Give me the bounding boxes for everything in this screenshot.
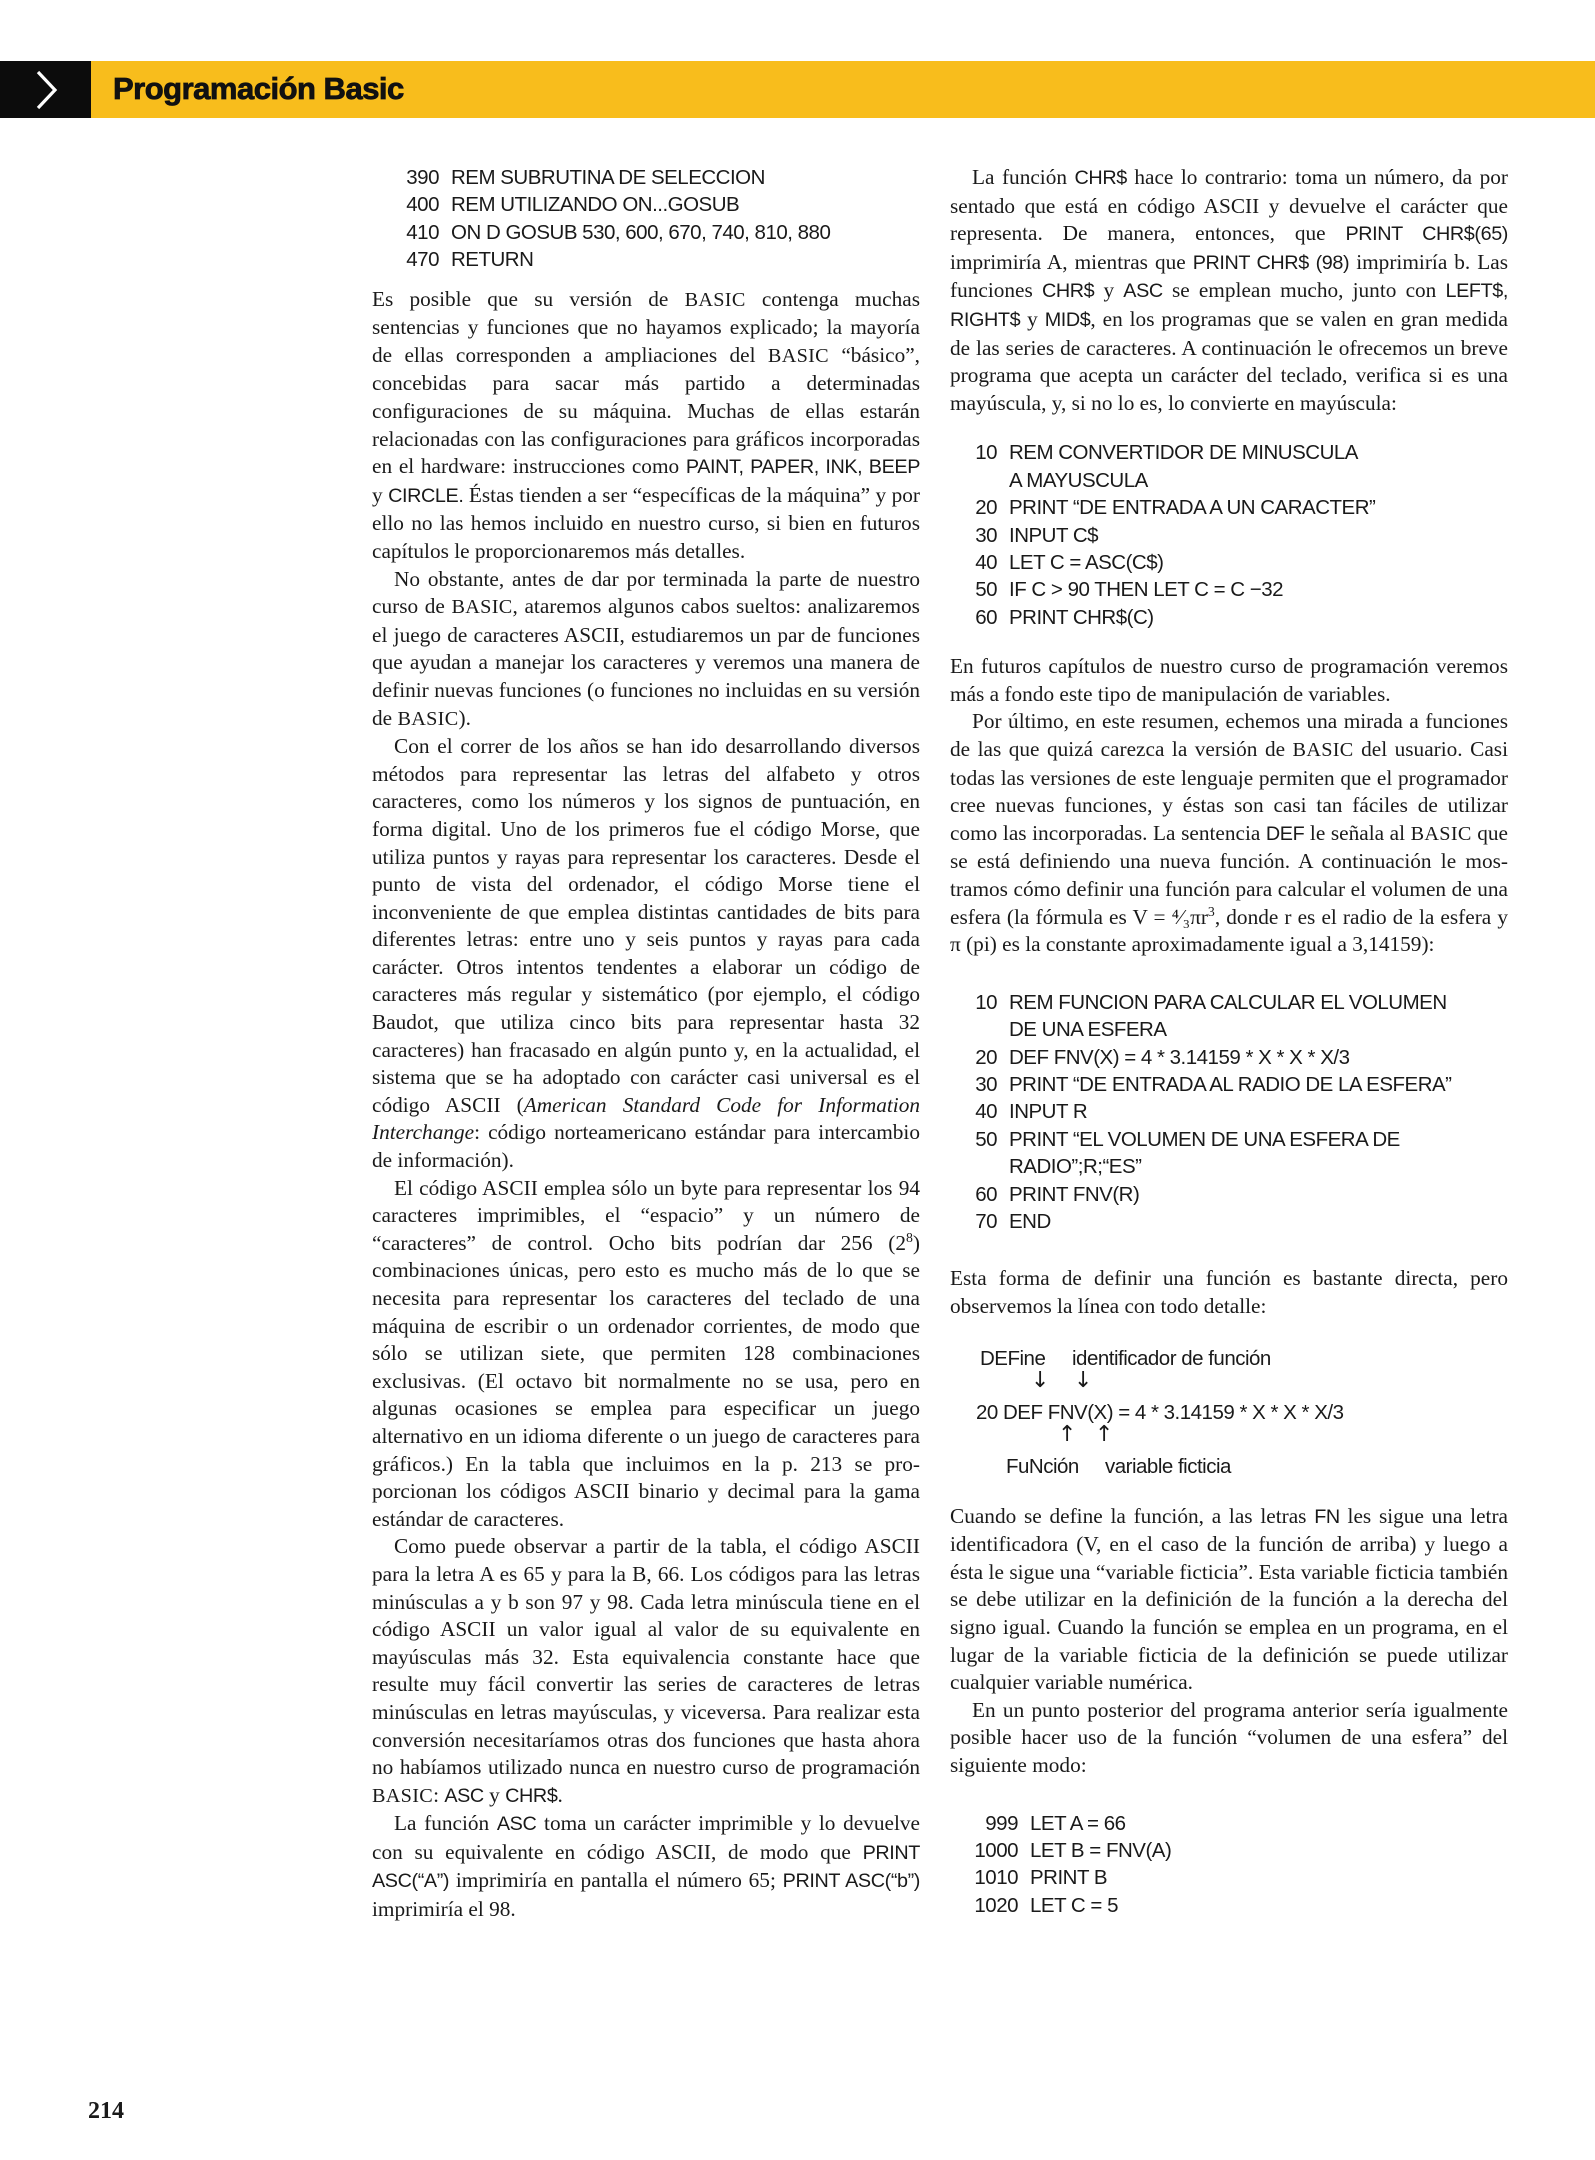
label-dummy-variable: variable ficticia (1105, 1453, 1231, 1481)
section-tab (0, 61, 91, 118)
def-fn-annotated-diagram: DEFine identificador de función ↓ ↓ 20 D… (950, 1321, 1508, 1481)
paragraph: Por último, en este resumen, echemos una… (950, 708, 1508, 958)
code-line: 999LET A = 66 (964, 1810, 1508, 1837)
code-line: RADIO”;R;“ES” (967, 1153, 1508, 1180)
label-function-identifier: identificador de función (1072, 1345, 1271, 1373)
paragraph: Cuando se define la función, a las letra… (950, 1503, 1508, 1697)
code-line: 1010PRINT B (964, 1864, 1508, 1891)
page-number: 214 (88, 2098, 124, 2125)
paragraph: Es posible que su versión de BASIC conte… (372, 286, 920, 566)
paragraph: En un punto posterior del programa anter… (950, 1697, 1508, 1780)
code-line: 470RETURN (395, 246, 920, 273)
code-line: 10REM FUNCION PARA CALCULAR EL VOLUMEN (967, 989, 1508, 1016)
section-title: Programación Basic (113, 63, 404, 115)
code-line: 410ON D GOSUB 530, 600, 670, 740, 810, 8… (395, 219, 920, 246)
arrow-down-icon: ↓ (1031, 1367, 1049, 1395)
code-line: 1000LET B = FNV(A) (964, 1837, 1508, 1864)
code-line: 30PRINT “DE ENTRADA AL RADIO DE LA ESFER… (967, 1071, 1508, 1098)
chevron-right-icon (31, 68, 61, 112)
code-line: 10REM CONVERTIDOR DE MINUSCULA (967, 439, 1508, 466)
code-line: A MAYUSCULA (967, 467, 1508, 494)
paragraph: La función CHR$ hace lo contrario: toma … (950, 164, 1508, 417)
annotated-code-line: 20 DEF FNV(X) = 4 * 3.14159 * X * X * X/… (976, 1399, 1343, 1427)
code-line: DE UNA ESFERA (967, 1016, 1508, 1043)
code-listing-sphere-volume: 10REM FUNCION PARA CALCULAR EL VOLUMEN D… (950, 989, 1508, 1236)
code-line: 1020LET C = 5 (964, 1892, 1508, 1919)
code-listing-subroutine: 390REM SUBRUTINA DE SELECCION 400REM UTI… (372, 164, 920, 274)
code-line: 40LET C = ASC(C$) (967, 549, 1508, 576)
paragraph: No obstante, antes de dar por terminada … (372, 566, 920, 734)
right-column: La función CHR$ hace lo contrario: toma … (950, 164, 1508, 1919)
code-line: 60PRINT FNV(R) (967, 1181, 1508, 1208)
paragraph: Como puede observar a partir de la tabla… (372, 1533, 920, 1810)
code-line: 400REM UTILIZANDO ON...GOSUB (395, 191, 920, 218)
code-line: 70END (967, 1208, 1508, 1235)
paragraph: La función ASC toma un carácter imprimib… (372, 1810, 920, 1923)
code-line: 390REM SUBRUTINA DE SELECCION (395, 164, 920, 191)
arrow-down-icon: ↓ (1074, 1367, 1092, 1395)
paragraph: Con el correr de los años se han ido des… (372, 733, 920, 1175)
left-column: 390REM SUBRUTINA DE SELECCION 400REM UTI… (372, 164, 920, 1924)
code-line: 20PRINT “DE ENTRADA A UN CARACTER” (967, 494, 1508, 521)
code-line: 40INPUT R (967, 1098, 1508, 1125)
arrow-up-icon: ↑ (1095, 1421, 1113, 1449)
arrow-up-icon: ↑ (1058, 1421, 1076, 1449)
paragraph: Esta forma de definir una función es bas… (950, 1265, 1508, 1320)
paragraph: El código ASCII emplea sólo un byte para… (372, 1175, 920, 1534)
code-line: 50PRINT “EL VOLUMEN DE UNA ESFERA DE (967, 1126, 1508, 1153)
code-line: 20DEF FNV(X) = 4 * 3.14159 * X * X * X/3 (967, 1044, 1508, 1071)
code-line: 30INPUT C$ (967, 522, 1508, 549)
paragraph: En futuros capítulos de nuestro curso de… (950, 653, 1508, 708)
code-listing-case-converter: 10REM CONVERTIDOR DE MINUSCULA A MAYUSCU… (950, 439, 1508, 631)
code-listing-function-usage: 999LET A = 66 1000LET B = FNV(A) 1010PRI… (950, 1810, 1508, 1920)
label-function: FuNción (1006, 1453, 1079, 1481)
code-line: 50IF C > 90 THEN LET C = C −32 (967, 576, 1508, 603)
code-line: 60PRINT CHR$(C) (967, 604, 1508, 631)
